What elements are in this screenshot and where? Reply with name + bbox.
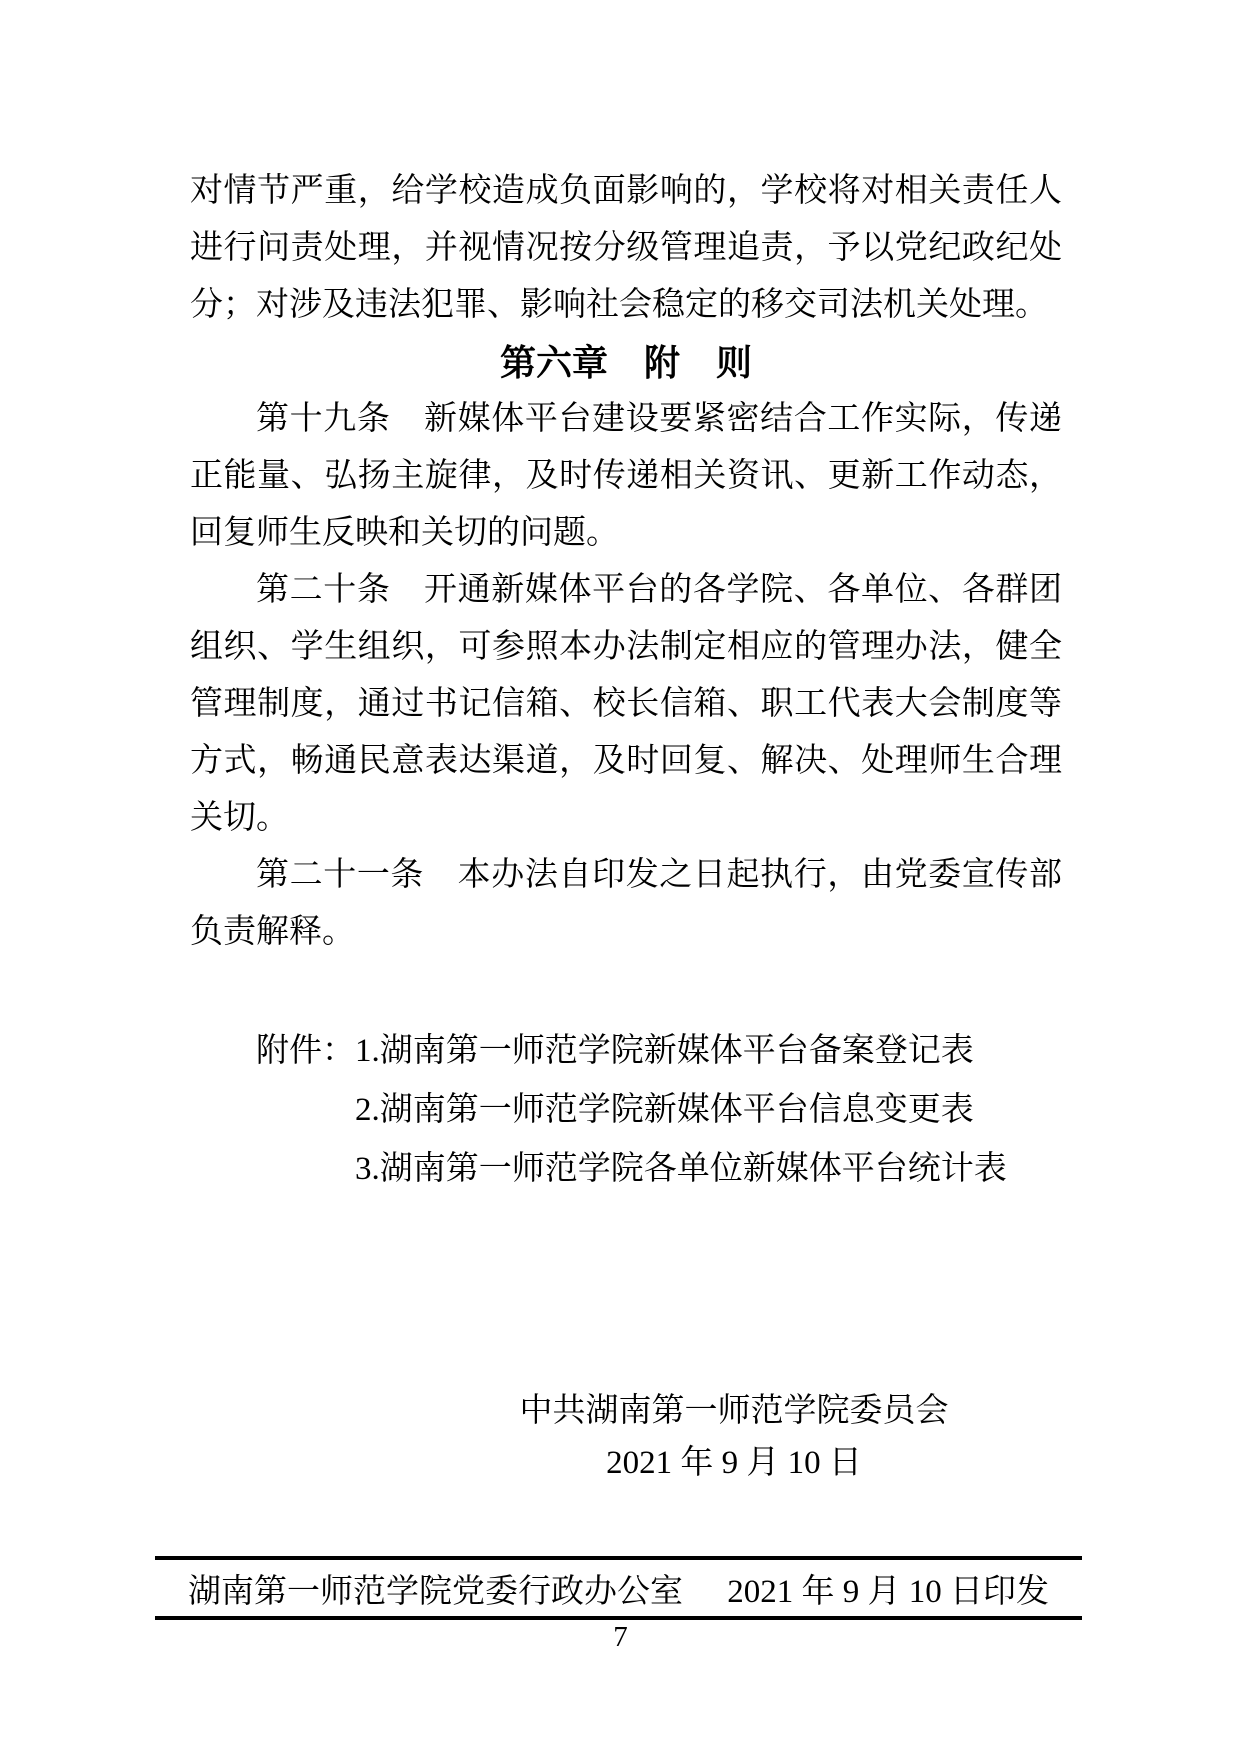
attachments-block: 附件： 1.湖南第一师范学院新媒体平台备案登记表 2.湖南第一师范学院新媒体平台… bbox=[256, 1022, 1062, 1199]
attachments-list: 1.湖南第一师范学院新媒体平台备案登记表 2.湖南第一师范学院新媒体平台信息变更… bbox=[355, 1022, 1062, 1199]
paragraph-article-21: 第二十一条 本办法自印发之日起执行，由党委宣传部负责解释。 bbox=[190, 847, 1062, 961]
attachments-label: 附件： bbox=[256, 1022, 355, 1081]
page-number: 7 bbox=[0, 1622, 1241, 1652]
document-body: 对情节严重，给学校造成负面影响的，学校将对相关责任人进行问责处理，并视情况按分级… bbox=[190, 163, 1062, 1199]
document-page: 对情节严重，给学校造成负面影响的，学校将对相关责任人进行问责处理，并视情况按分级… bbox=[0, 0, 1241, 1755]
signature-date: 2021 年 9 月 10 日 bbox=[427, 1437, 1041, 1489]
paragraph-continuation: 对情节严重，给学校造成负面影响的，学校将对相关责任人进行问责处理，并视情况按分级… bbox=[190, 163, 1062, 334]
paragraph-article-20: 第二十条 开通新媒体平台的各学院、各单位、各群团组织、学生组织，可参照本办法制定… bbox=[190, 562, 1062, 847]
attachment-item: 1.湖南第一师范学院新媒体平台备案登记表 bbox=[355, 1022, 1062, 1081]
attachment-item: 3.湖南第一师范学院各单位新媒体平台统计表 bbox=[355, 1140, 1062, 1199]
footer-imprint-band: 湖南第一师范学院党委行政办公室 2021 年 9 月 10 日印发 bbox=[155, 1556, 1082, 1620]
signature-issuer: 中共湖南第一师范学院委员会 bbox=[427, 1385, 1041, 1437]
footer-office: 湖南第一师范学院党委行政办公室 bbox=[188, 1565, 683, 1612]
paragraph-article-19: 第十九条 新媒体平台建设要紧密结合工作实际，传递正能量、弘扬主旋律，及时传递相关… bbox=[190, 391, 1062, 562]
signature-block: 中共湖南第一师范学院委员会 2021 年 9 月 10 日 bbox=[427, 1385, 1041, 1489]
attachment-item: 2.湖南第一师范学院新媒体平台信息变更表 bbox=[355, 1081, 1062, 1140]
chapter-heading: 第六章 附 则 bbox=[190, 334, 1062, 391]
footer-print-date: 2021 年 9 月 10 日印发 bbox=[727, 1565, 1049, 1612]
